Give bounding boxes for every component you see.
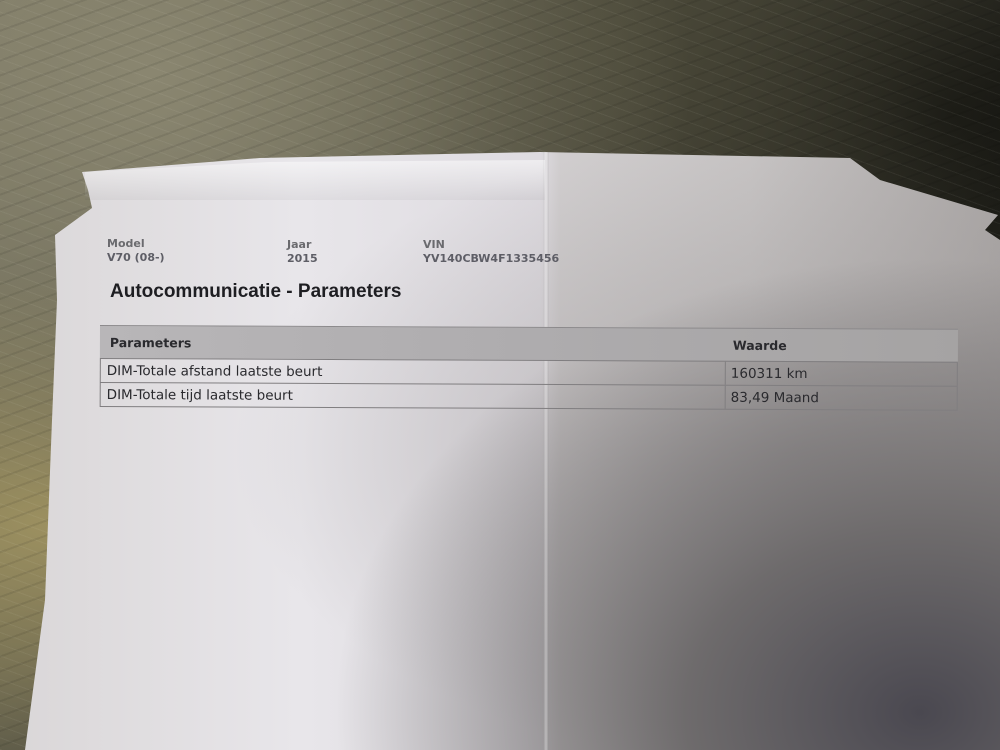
model-field: Model V70 (08-)	[107, 237, 165, 265]
column-header-parameters: Parameters	[100, 334, 725, 352]
document-title: Autocommunicatie - Parameters	[110, 281, 401, 303]
table-header: Parameters Waarde	[100, 325, 958, 362]
year-value: 2015	[287, 252, 318, 266]
year-label: Jaar	[287, 238, 318, 252]
vin-field: VIN YV140CBW4F1335456	[423, 238, 559, 266]
parameter-cell: DIM-Totale tijd laatste beurt	[100, 383, 725, 409]
column-header-waarde: Waarde	[725, 337, 787, 352]
value-cell: 83,49 Maand	[725, 386, 958, 410]
table-row: DIM-Totale afstand laatste beurt 160311 …	[100, 358, 958, 387]
table-row: DIM-Totale tijd laatste beurt 83,49 Maan…	[100, 383, 958, 411]
parameters-table: Parameters Waarde DIM-Totale afstand laa…	[100, 325, 958, 411]
value-cell: 160311 km	[725, 362, 958, 386]
vin-value: YV140CBW4F1335456	[423, 252, 559, 266]
model-value: V70 (08-)	[107, 251, 165, 265]
year-field: Jaar 2015	[287, 238, 318, 266]
parameter-cell: DIM-Totale afstand laatste beurt	[100, 359, 725, 385]
model-label: Model	[107, 237, 165, 251]
vin-label: VIN	[423, 238, 559, 252]
